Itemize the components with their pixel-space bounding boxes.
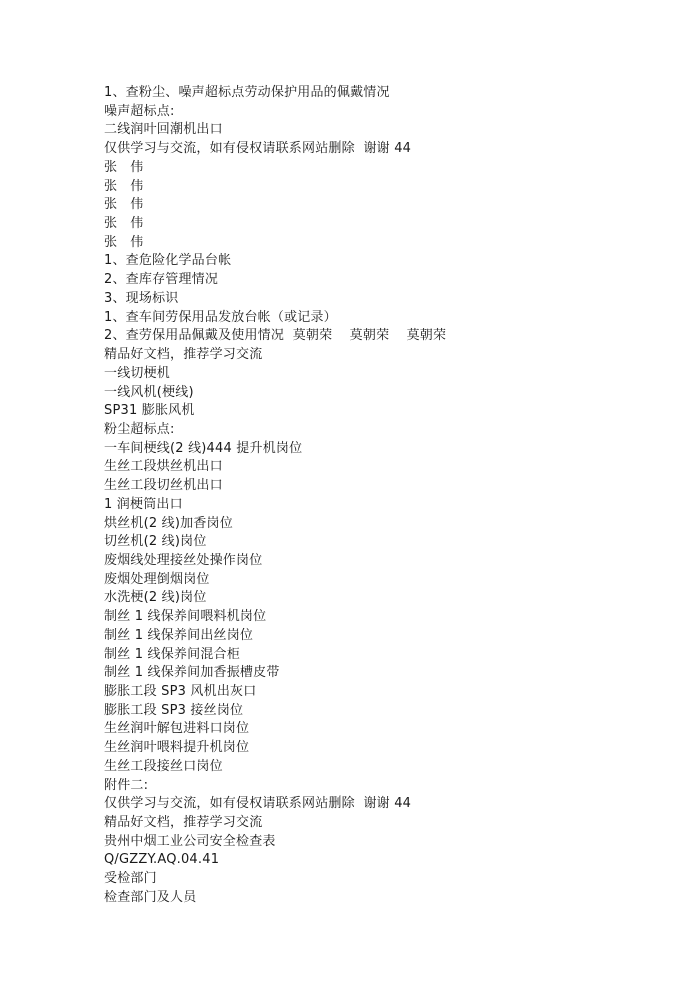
text-line: 张 伟 xyxy=(104,234,664,253)
text-line: 仅供学习与交流，如有侵权请联系网站删除 谢谢 44 xyxy=(104,795,664,814)
text-line: 二线润叶回潮机出口 xyxy=(104,121,664,140)
text-line: Q/GZZY.AQ.04.41 xyxy=(104,851,664,870)
text-line: 张 伟 xyxy=(104,196,664,215)
text-line: SP31 膨胀风机 xyxy=(104,402,664,421)
text-line: 废烟线处理接丝处操作岗位 xyxy=(104,552,664,571)
text-line: 3、现场标识 xyxy=(104,290,664,309)
text-line: 张 伟 xyxy=(104,215,664,234)
text-line: 制丝 1 线保养间喂料机岗位 xyxy=(104,608,664,627)
text-line: 一线切梗机 xyxy=(104,365,664,384)
text-line: 1、查粉尘、噪声超标点劳动保护用品的佩戴情况 xyxy=(104,84,664,103)
text-line: 生丝工段切丝机出口 xyxy=(104,477,664,496)
text-line: 附件二: xyxy=(104,777,664,796)
text-line: 仅供学习与交流，如有侵权请联系网站删除 谢谢 44 xyxy=(104,140,664,159)
text-line: 废烟处理倒烟岗位 xyxy=(104,571,664,590)
text-line: 一线风机(梗线) xyxy=(104,384,664,403)
text-line: 张 伟 xyxy=(104,159,664,178)
text-line: 1 润梗筒出口 xyxy=(104,496,664,515)
text-line: 生丝工段接丝口岗位 xyxy=(104,758,664,777)
text-line: 制丝 1 线保养间出丝岗位 xyxy=(104,627,664,646)
text-line: 粉尘超标点: xyxy=(104,421,664,440)
text-line: 噪声超标点: xyxy=(104,103,664,122)
text-line: 检查部门及人员 xyxy=(104,889,664,908)
text-line: 生丝工段烘丝机出口 xyxy=(104,458,664,477)
text-line: 制丝 1 线保养间加香振槽皮带 xyxy=(104,664,664,683)
text-line: 制丝 1 线保养间混合柜 xyxy=(104,646,664,665)
text-line: 烘丝机(2 线)加香岗位 xyxy=(104,515,664,534)
text-line: 张 伟 xyxy=(104,178,664,197)
text-line: 切丝机(2 线)岗位 xyxy=(104,533,664,552)
text-line: 精品好文档，推荐学习交流 xyxy=(104,346,664,365)
text-line: 1、查车间劳保用品发放台帐（或记录） xyxy=(104,309,664,328)
text-line: 生丝润叶喂料提升机岗位 xyxy=(104,739,664,758)
text-line: 膨胀工段 SP3 接丝岗位 xyxy=(104,702,664,721)
text-line: 一车间梗线(2 线)444 提升机岗位 xyxy=(104,440,664,459)
text-line: 2、查库存管理情况 xyxy=(104,271,664,290)
text-line: 水洗梗(2 线)岗位 xyxy=(104,589,664,608)
text-line: 受检部门 xyxy=(104,870,664,889)
text-line: 精品好文档，推荐学习交流 xyxy=(104,814,664,833)
document-page: 1、查粉尘、噪声超标点劳动保护用品的佩戴情况 噪声超标点: 二线润叶回潮机出口 … xyxy=(104,84,664,908)
text-line: 膨胀工段 SP3 风机出灰口 xyxy=(104,683,664,702)
text-line: 生丝润叶解包进料口岗位 xyxy=(104,720,664,739)
text-line: 贵州中烟工业公司安全检查表 xyxy=(104,833,664,852)
text-line: 1、查危险化学品台帐 xyxy=(104,252,664,271)
text-line: 2、查劳保用品佩戴及使用情况 莫朝荣 莫朝荣 莫朝荣 xyxy=(104,327,664,346)
